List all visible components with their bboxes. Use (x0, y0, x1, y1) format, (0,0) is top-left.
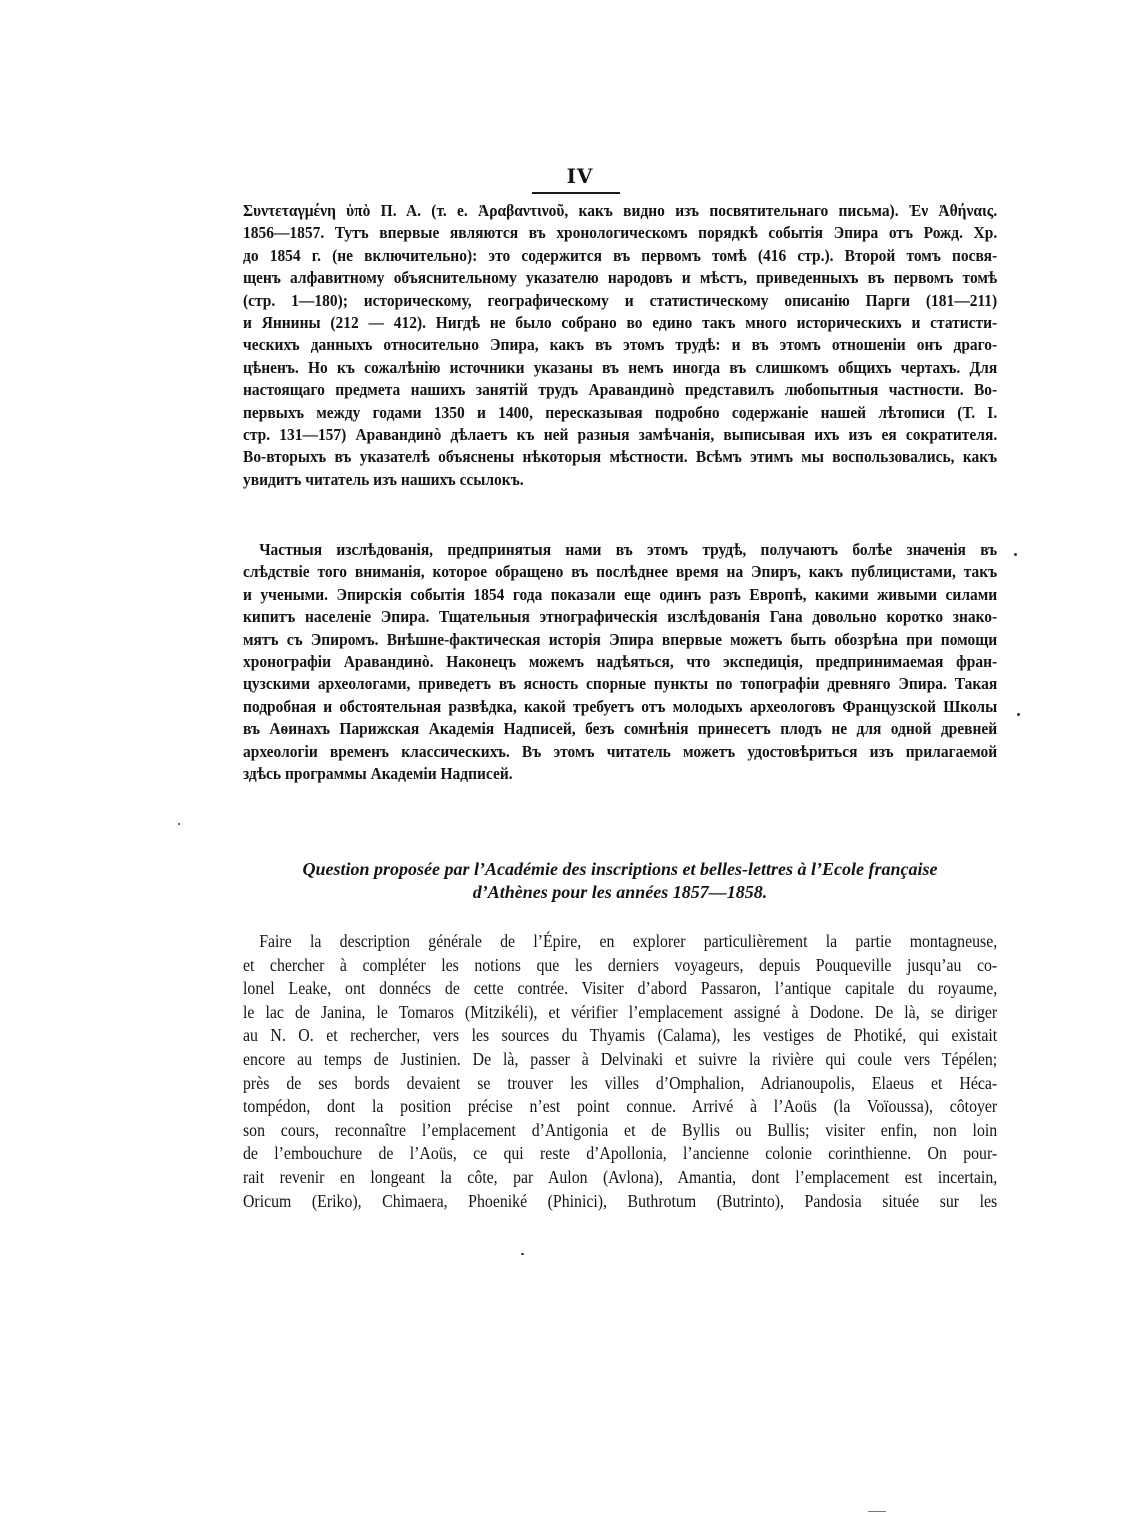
text-line: rait revenir en longeant la côte, par Au… (243, 1166, 997, 1190)
page-number: IV (540, 166, 620, 186)
text-line: щенъ алфавитному объяснительному указате… (243, 267, 997, 289)
heading-line: Question proposée par l’Académie des ins… (230, 858, 1010, 881)
text-line: son cours, reconnaître l’emplacement d’A… (243, 1119, 997, 1143)
text-line: увидитъ читатель изъ нашихъ ссылокъ. (243, 469, 997, 491)
scan-speck (178, 823, 180, 825)
heading-line: d’Athènes pour les années 1857—1858. (230, 881, 1010, 904)
russian-paragraph-1: Συντεταγμένη ὑπὸ Π. Α. (т. е. Ἀραβαντινο… (243, 200, 997, 491)
text-line: цузскими археологами, приведетъ въ яснос… (243, 673, 997, 695)
scan-speck (521, 1253, 524, 1255)
text-line: et chercher à compléter les notions que … (243, 954, 997, 978)
text-line: стр. 131—157) Аравандинò дѣлаетъ къ ней … (243, 424, 997, 446)
text-line: настоящаго предмета нашихъ занятій трудъ… (243, 379, 997, 401)
text-line: au N. O. et rechercher, vers les sources… (243, 1024, 997, 1048)
text-line: слѣдствіе того вниманія, которое обращен… (243, 561, 997, 583)
text-line: до 1854 г. (не включительно): это содерж… (243, 245, 997, 267)
text-line: археологіи временъ классическихъ. Въ это… (243, 741, 997, 763)
text-line: de l’embouchure de l’Aoüs, ce qui reste … (243, 1142, 997, 1166)
text-line: lonel Leake, ont donnécs de cette contré… (243, 977, 997, 1001)
text-line: хронографіи Аравандинò. Наконецъ можемъ … (243, 651, 997, 673)
russian-paragraph-2: Частныя изслѣдованія, предпринятыя нами … (243, 539, 997, 785)
text-line: le lac de Janina, le Tomaros (Mitzikéli)… (243, 1001, 997, 1025)
text-line: Oricum (Eriko), Chimaera, Phoeniké (Phin… (243, 1190, 997, 1214)
text-line: и учеными. Эпирскія событія 1854 года по… (243, 584, 997, 606)
french-paragraph: Faire la description générale de l’Épire… (243, 930, 997, 1213)
text-line: подробная и обстоятельная развѣдка, како… (243, 696, 997, 718)
scan-mark (868, 1511, 886, 1512)
french-heading: Question proposée par l’Académie des ins… (230, 858, 1010, 904)
text-line: (стр. 1—180); историческому, географичес… (243, 290, 997, 312)
text-line: цѣненъ. Но къ сожалѣнію источники указан… (243, 357, 997, 379)
text-line: Faire la description générale de l’Épire… (243, 930, 997, 954)
scan-speck (1014, 553, 1017, 556)
text-line: 1856—1857. Тутъ впервые являются въ хрон… (243, 222, 997, 244)
scan-speck (1017, 713, 1020, 716)
text-line: encore au temps de Justinien. De là, pas… (243, 1048, 997, 1072)
text-line: здѣсь программы Академіи Надписей. (243, 763, 997, 785)
text-line: près de ses bords devaient se trouver le… (243, 1072, 997, 1096)
text-line: Συντεταγμένη ὑπὸ Π. Α. (т. е. Ἀραβαντινο… (243, 200, 997, 222)
text-line: Частныя изслѣдованія, предпринятыя нами … (243, 539, 997, 561)
text-line: tompédon, dont la position précise n’est… (243, 1095, 997, 1119)
page-number-rule (532, 192, 620, 194)
text-line: мятъ съ Эпиромъ. Внѣшне-фактическая исто… (243, 629, 997, 651)
text-line: и Яннины (212 — 412). Нигдѣ не было собр… (243, 312, 997, 334)
text-line: Во-вторыхъ въ указателѣ объяснены нѣкото… (243, 446, 997, 468)
text-line: въ Аѳинахъ Парижская Академія Надписей, … (243, 718, 997, 740)
text-line: кипитъ населеніе Эпира. Тщательныя этног… (243, 606, 997, 628)
text-line: первыхъ между годами 1350 и 1400, переск… (243, 402, 997, 424)
text-line: ческихъ данныхъ относительно Эпира, какъ… (243, 334, 997, 356)
scanned-page: IV Συντεταγμένη ὑπὸ Π. Α. (т. е. Ἀραβαντ… (0, 0, 1140, 1517)
